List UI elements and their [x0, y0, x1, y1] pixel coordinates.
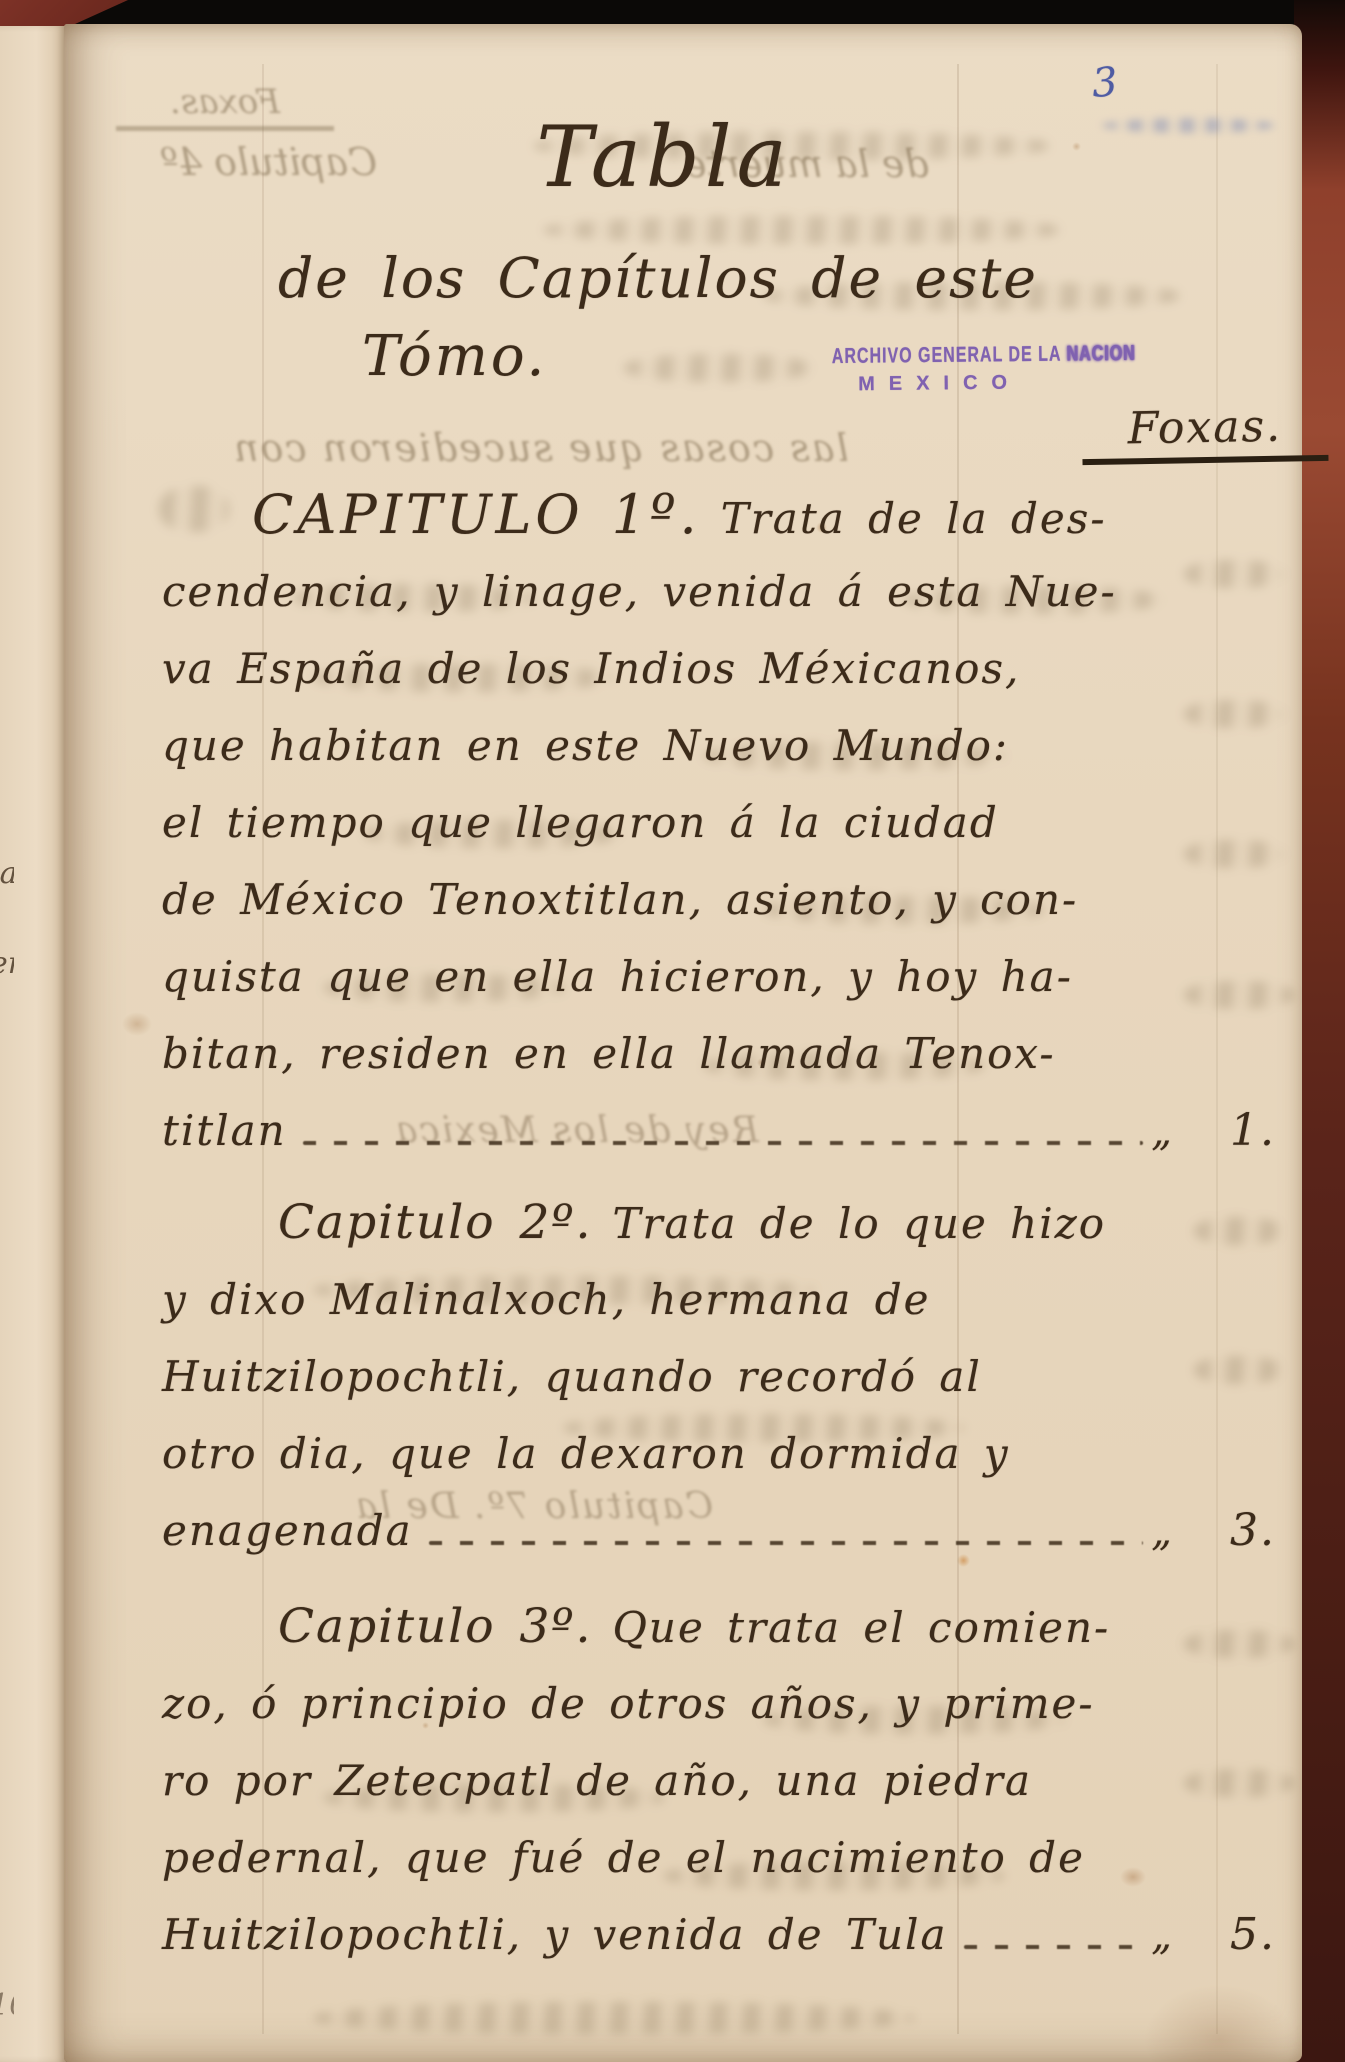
folio-number: 3. — [1190, 1492, 1276, 1569]
toc-line: y dixo Malinalxoch, hermana de — [162, 1261, 1276, 1338]
toc-line: otro dia, que la dexaron dormida y — [162, 1415, 1276, 1492]
toc-line: quista que en ella hicieron, y hoy ha- — [162, 938, 1276, 1015]
leader-dashes — [303, 1141, 1144, 1145]
toc-line-last: titlan „ 1. — [162, 1092, 1276, 1169]
chapter-summary-start: Que trata el comien- — [612, 1603, 1110, 1652]
facing-page-letter-fragment: 10 — [0, 1988, 14, 2023]
table-of-chapters: CAPITULO 1º.Trata de la des- cendencia, … — [162, 24, 1276, 2062]
manuscript-photo: i la er 10 Fox — [0, 0, 1345, 2062]
folio-number: 5. — [1190, 1896, 1276, 1973]
toc-line: que habitan en este Nuevo Mundo: — [162, 707, 1276, 784]
leader-dashes — [964, 1945, 1144, 1949]
facing-page-letter-fragment: i — [0, 694, 14, 729]
facing-page-letter-fragment: er — [0, 946, 14, 981]
toc-line: Huitzilopochtli, quando recordó al — [162, 1338, 1276, 1415]
toc-line-last: Huitzilopochtli, y venida de Tula „ 5. — [162, 1896, 1276, 1973]
leader-end-mark: „ — [1151, 1898, 1174, 1975]
chapter-heading: Capitulo 3º. — [278, 1599, 592, 1654]
manuscript-page: Foxas. Capitulo 4º de la muerte las cosa… — [64, 24, 1302, 2062]
toc-line: CAPITULO 1º.Trata de la des- — [162, 476, 1276, 553]
toc-entry: Capitulo 2º.Trata de lo que hizo y dixo … — [162, 1184, 1276, 1569]
facing-page-edge: i la er 10 — [0, 26, 66, 2062]
toc-line: de México Tenoxtitlan, asiento, y con- — [162, 861, 1276, 938]
toc-line: va España de los Indios Méxicanos, — [162, 630, 1276, 707]
chapter-summary-end: enagenada — [162, 1492, 413, 1569]
facing-page-letter-fragment: la — [0, 856, 14, 891]
toc-entry: Capitulo 3º.Que trata el comien- zo, ó p… — [162, 1588, 1276, 1973]
chapter-summary-start: Trata de la des- — [721, 494, 1107, 543]
chapter-heading: CAPITULO 1º. — [252, 483, 701, 546]
toc-entry: CAPITULO 1º.Trata de la des- cendencia, … — [162, 476, 1276, 1169]
toc-line: zo, ó principio de otros años, y prime- — [162, 1665, 1276, 1742]
leader-end-mark: „ — [1151, 1494, 1174, 1571]
toc-line: bitan, residen en ella llamada Tenox- — [162, 1015, 1276, 1092]
chapter-heading: Capitulo 2º. — [278, 1195, 592, 1250]
toc-line-last: enagenada „ 3. — [162, 1492, 1276, 1569]
toc-line: cendencia, y linage, venida á esta Nue- — [162, 553, 1276, 630]
toc-line: Capitulo 2º.Trata de lo que hizo — [162, 1184, 1276, 1261]
toc-line: el tiempo que llegaron á la ciudad — [162, 784, 1276, 861]
leader-end-mark: „ — [1151, 1094, 1174, 1171]
toc-line: Capitulo 3º.Que trata el comien- — [162, 1588, 1276, 1665]
chapter-summary-end: Huitzilopochtli, y venida de Tula — [162, 1896, 948, 1973]
toc-line: ro por Zetecpatl de año, una piedra — [162, 1742, 1276, 1819]
chapter-summary-start: Trata de lo que hizo — [612, 1199, 1106, 1248]
folio-number: 1. — [1190, 1092, 1276, 1169]
leader-dashes — [429, 1541, 1144, 1545]
toc-line: pedernal, que fué de el nacimiento de — [162, 1819, 1276, 1896]
chapter-summary-end: titlan — [162, 1092, 287, 1169]
